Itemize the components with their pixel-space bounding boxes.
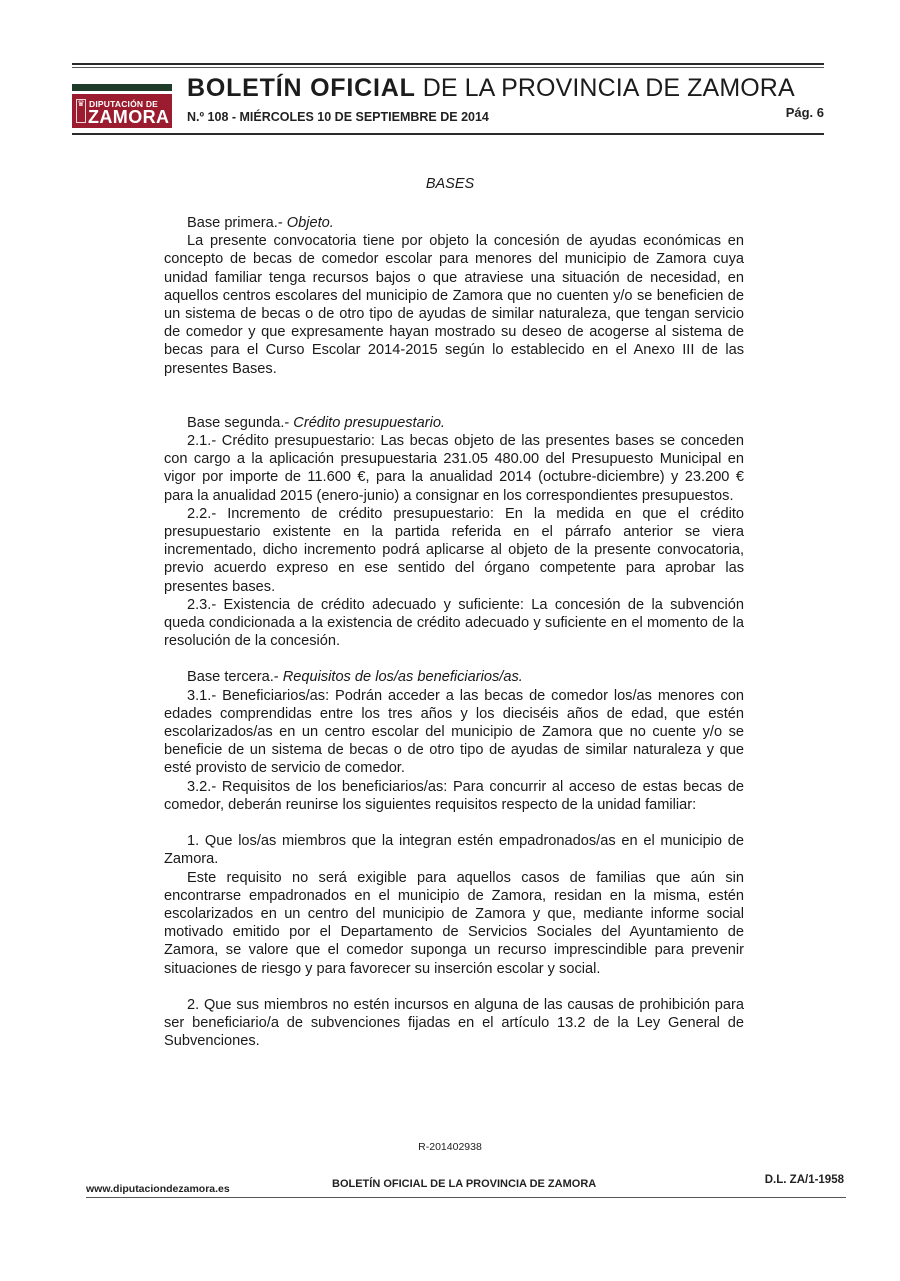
diputacion-logo: ♛ DIPUTACIÓN DE ZAMORA: [72, 84, 172, 128]
footer-legal-deposit: D.L. ZA/1-1958: [765, 1174, 844, 1186]
requirement-item: 2. Que sus miembros no estén incursos en…: [164, 996, 744, 1051]
base-heading-title: Objeto.: [287, 215, 334, 231]
footer-website-link[interactable]: www.diputaciondezamora.es: [86, 1183, 230, 1195]
requirement-item: 1. Que los/as miembros que la integran e…: [164, 832, 744, 868]
logo-line2: ZAMORA: [88, 107, 169, 127]
issue-line: N.º 108 - MIÉRCOLES 10 DE SEPTIEMBRE DE …: [187, 110, 489, 124]
base-heading-label: Base segunda.-: [187, 415, 293, 431]
bulletin-title-rest: DE LA PROVINCIA DE ZAMORA: [416, 74, 795, 102]
bulletin-title: BOLETÍN OFICIAL DE LA PROVINCIA DE ZAMOR…: [187, 74, 795, 103]
logo-green-stripe: [72, 84, 172, 91]
footer-publication-name: BOLETÍN OFICIAL DE LA PROVINCIA DE ZAMOR…: [332, 1178, 596, 1190]
requirement-note: Este requisito no será exigible para aqu…: [164, 869, 744, 978]
paragraph: La presente convocatoria tiene por objet…: [164, 232, 744, 378]
paragraph: 2.3.- Existencia de crédito adecuado y s…: [164, 596, 744, 651]
registry-reference: R-201402938: [0, 1141, 900, 1153]
document-body: Base primera.- Objeto. La presente convo…: [164, 214, 744, 1050]
paragraph: 2.1.- Crédito presupuestario: Las becas …: [164, 432, 744, 505]
base-heading-title: Crédito presupuestario.: [293, 415, 445, 431]
base-heading-title: Requisitos de los/as beneficiarios/as.: [283, 669, 523, 685]
header-top-rule-thin: [72, 67, 824, 68]
page-number: Pág. 6: [786, 105, 824, 120]
paragraph: 2.2.- Incremento de crédito presupuestar…: [164, 505, 744, 596]
base-heading-label: Base primera.-: [187, 215, 287, 231]
logo-red-box: ♛ DIPUTACIÓN DE ZAMORA: [72, 94, 172, 128]
base-heading: Base tercera.- Requisitos de los/as bene…: [164, 668, 744, 686]
bulletin-title-bold: BOLETÍN OFICIAL: [187, 74, 416, 102]
header-top-rule: [72, 63, 824, 65]
base-heading: Base primera.- Objeto.: [164, 214, 744, 232]
footer-rule: [86, 1197, 846, 1198]
paragraph: 3.2.- Requisitos de los beneficiarios/as…: [164, 778, 744, 814]
paragraph: 3.1.- Beneficiarios/as: Podrán acceder a…: [164, 687, 744, 778]
section-title: BASES: [0, 176, 900, 192]
header-bottom-rule: [72, 133, 824, 135]
base-heading-label: Base tercera.-: [187, 669, 283, 685]
coat-of-arms-icon: ♛: [76, 99, 86, 123]
base-heading: Base segunda.- Crédito presupuestario.: [164, 414, 744, 432]
